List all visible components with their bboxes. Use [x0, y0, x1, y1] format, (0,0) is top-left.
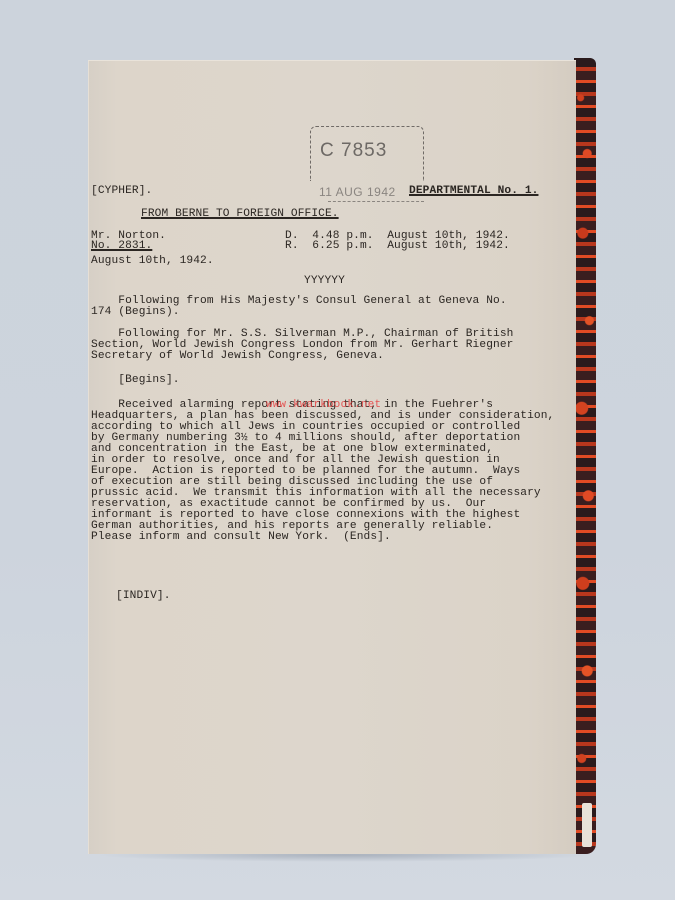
book-spine — [574, 58, 596, 854]
paragraph-line: Secretary of World Jewish Congress, Gene… — [91, 351, 571, 362]
classification: [CYPHER]. — [91, 186, 152, 197]
paragraph-3: [Begins]. — [91, 375, 571, 386]
separator: YYYYYY — [304, 276, 345, 287]
departmental-number: DEPARTMENTAL No. 1. — [409, 186, 538, 197]
telegram-document: C 7853 11 AUG 1942 [CYPHER]. DEPARTMENTA… — [88, 60, 576, 854]
paragraph-1: Following from His Majesty's Consul Gene… — [91, 296, 571, 318]
paragraph-line: [Begins]. — [91, 375, 571, 386]
document-date: August 10th, 1942. — [91, 256, 214, 267]
paragraph-line: Please inform and consult New York. (End… — [91, 532, 571, 543]
stamp-border-bottom — [328, 201, 424, 202]
spine-title-fragment — [582, 803, 592, 847]
distribution-footer: [INDIV]. — [116, 591, 171, 602]
telegram-number: No. 2831. — [91, 241, 152, 252]
paragraph-line: 174 (Begins). — [91, 307, 571, 318]
book: C 7853 11 AUG 1942 [CYPHER]. DEPARTMENTA… — [88, 58, 598, 854]
paragraph-4-main-message: Received alarming report stating that, i… — [91, 400, 571, 543]
route-heading: FROM BERNE TO FOREIGN OFFICE. — [141, 209, 339, 220]
paragraph-2: Following for Mr. S.S. Silverman M.P., C… — [91, 329, 571, 362]
back-cover-page: C 7853 11 AUG 1942 [CYPHER]. DEPARTMENTA… — [88, 60, 576, 854]
stamp-date: 11 AUG 1942 — [319, 187, 396, 198]
received-time: R. 6.25 p.m. August 10th, 1942. — [285, 241, 510, 252]
stamp-number: C 7853 — [320, 145, 387, 156]
watermark: www.kwarkbook.net — [266, 400, 381, 411]
